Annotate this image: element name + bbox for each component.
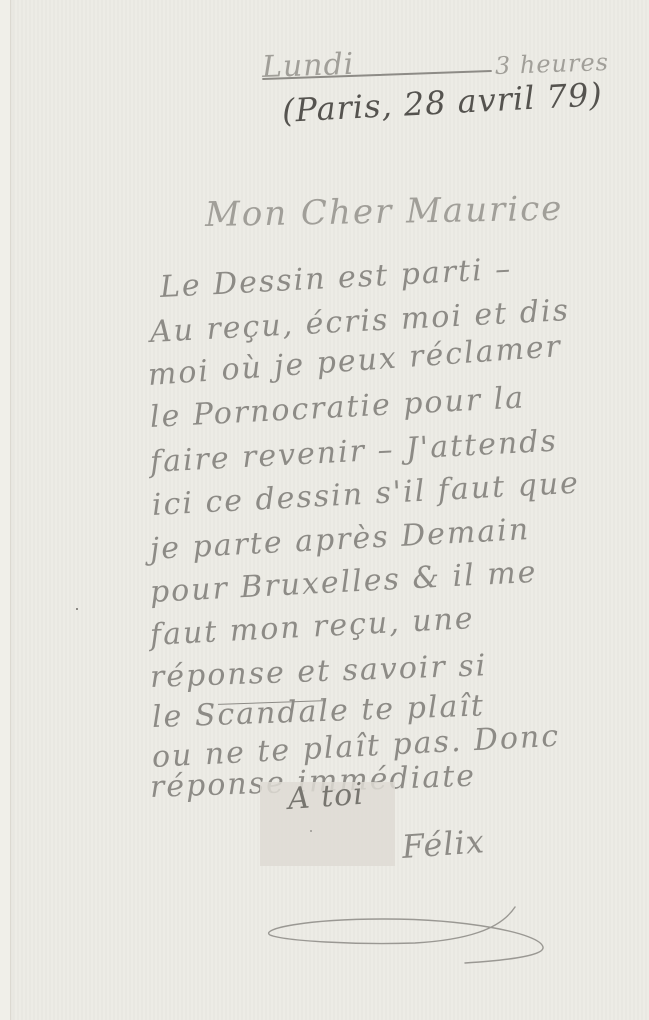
paper-speck [76, 608, 78, 610]
closing: A toi [287, 777, 365, 817]
paper-speck [310, 830, 312, 832]
signature: Félix [401, 822, 486, 866]
paper-left-margin-strip [0, 0, 10, 1020]
signature-flourish-icon [265, 905, 545, 965]
salutation: Mon Cher Maurice [205, 189, 564, 235]
